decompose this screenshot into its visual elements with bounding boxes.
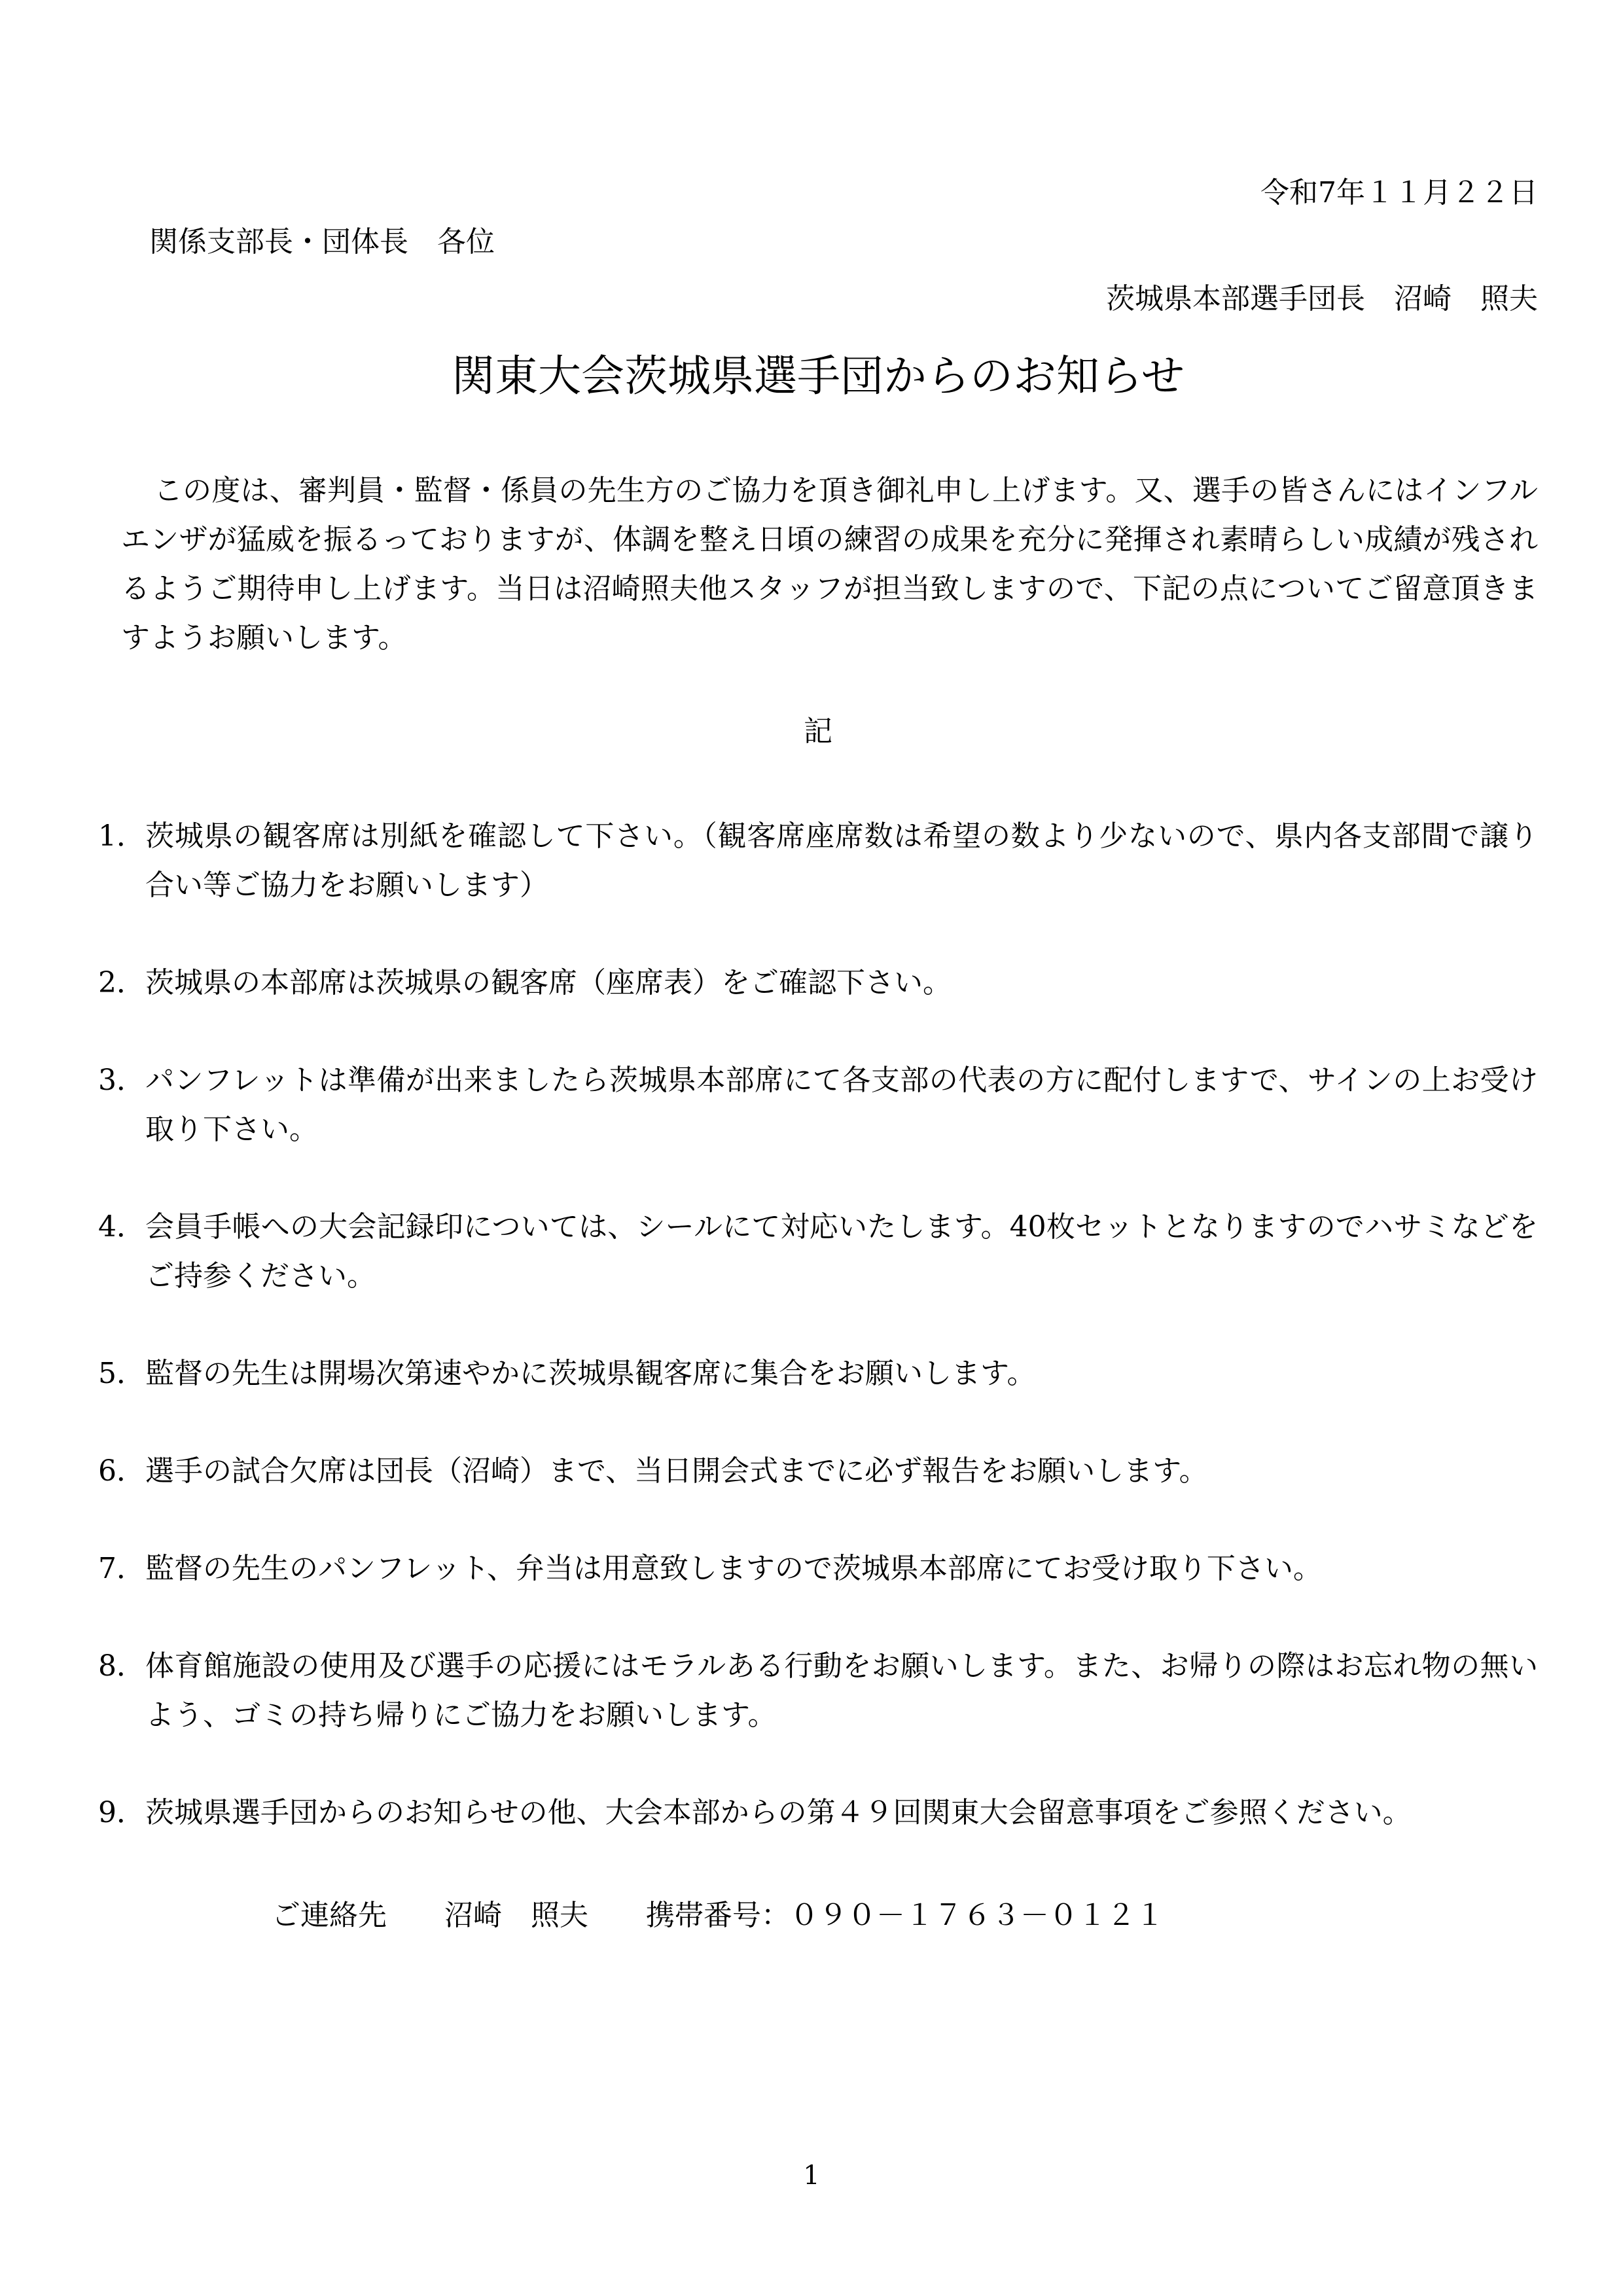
list-item-text: 選手の試合欠席は団長（沼崎）まで、当日開会式までに必ず報告をお願いします。	[145, 1446, 1538, 1496]
list-item-number: 6．	[98, 1446, 145, 1496]
list-item-text: 会員手帳への大会記録印については、シールにて対応いたします。40枚セットとなりま…	[145, 1202, 1538, 1300]
list-item-number: 2．	[98, 958, 145, 1007]
list-item-number: 7．	[98, 1544, 145, 1593]
list-item-text: 監督の先生のパンフレット、弁当は用意致しますので茨城県本部席にてお受け取り下さい…	[145, 1544, 1538, 1593]
list-item-text: 茨城県の観客席は別紙を確認して下さい。（観客席座席数は希望の数より少ないので、県…	[145, 812, 1538, 910]
list-item-text: 監督の先生は開場次第速やかに茨城県観客席に集合をお願いします。	[145, 1349, 1538, 1398]
list-item-number: 5．	[98, 1349, 145, 1398]
document-title: 関東大会茨城県選手団からのお知らせ	[98, 347, 1538, 406]
list-item: 2． 茨城県の本部席は茨城県の観客席（座席表）をご確認下さい。	[98, 958, 1538, 1007]
list-item: 9． 茨城県選手団からのお知らせの他、大会本部からの第４９回関東大会留意事項をご…	[98, 1788, 1538, 1837]
list-item: 5． 監督の先生は開場次第速やかに茨城県観客席に集合をお願いします。	[98, 1349, 1538, 1398]
document-date: 令和7年１１月２２日	[98, 168, 1538, 217]
list-item-number: 4．	[98, 1202, 145, 1251]
intro-paragraph: この度は、審判員・監督・係員の先生方のご協力を頂き御礼申し上げます。又、選手の皆…	[121, 466, 1538, 662]
notice-item-list: 1． 茨城県の観客席は別紙を確認して下さい。（観客席座席数は希望の数より少ないの…	[98, 812, 1538, 1837]
list-item: 8． 体育館施設の使用及び選手の応援にはモラルある行動をお願いします。また、お帰…	[98, 1641, 1538, 1740]
page-number: 1	[0, 2160, 1623, 2191]
list-item-number: 3．	[98, 1056, 145, 1105]
list-item: 1． 茨城県の観客席は別紙を確認して下さい。（観客席座席数は希望の数より少ないの…	[98, 812, 1538, 910]
contact-line: ご連絡先 沼崎 照夫 携帯番号：０９０－１７６３－０１２１	[272, 1891, 1538, 1940]
list-item: 7． 監督の先生のパンフレット、弁当は用意致しますので茨城県本部席にてお受け取り…	[98, 1544, 1538, 1593]
section-marker: 記	[98, 707, 1538, 756]
list-item: 6． 選手の試合欠席は団長（沼崎）まで、当日開会式までに必ず報告をお願いします。	[98, 1446, 1538, 1496]
sender-line: 茨城県本部選手団長 沼崎 照夫	[98, 274, 1538, 323]
list-item-number: 1．	[98, 812, 145, 861]
list-item-number: 9．	[98, 1788, 145, 1837]
list-item-text: 茨城県選手団からのお知らせの他、大会本部からの第４９回関東大会留意事項をご参照く…	[145, 1788, 1538, 1837]
list-item: 4． 会員手帳への大会記録印については、シールにて対応いたします。40枚セットと…	[98, 1202, 1538, 1300]
list-item-number: 8．	[98, 1641, 145, 1691]
list-item-text: 茨城県の本部席は茨城県の観客席（座席表）をご確認下さい。	[145, 958, 1538, 1007]
list-item-text: パンフレットは準備が出来ましたら茨城県本部席にて各支部の代表の方に配付しますで、…	[145, 1056, 1538, 1154]
list-item: 3． パンフレットは準備が出来ましたら茨城県本部席にて各支部の代表の方に配付しま…	[98, 1056, 1538, 1154]
list-item-text: 体育館施設の使用及び選手の応援にはモラルある行動をお願いします。また、お帰りの際…	[145, 1641, 1538, 1740]
document-page: 令和7年１１月２２日 関係支部長・団体長 各位 茨城県本部選手団長 沼崎 照夫 …	[0, 0, 1623, 2296]
recipient-line: 関係支部長・団体長 各位	[149, 217, 1538, 266]
